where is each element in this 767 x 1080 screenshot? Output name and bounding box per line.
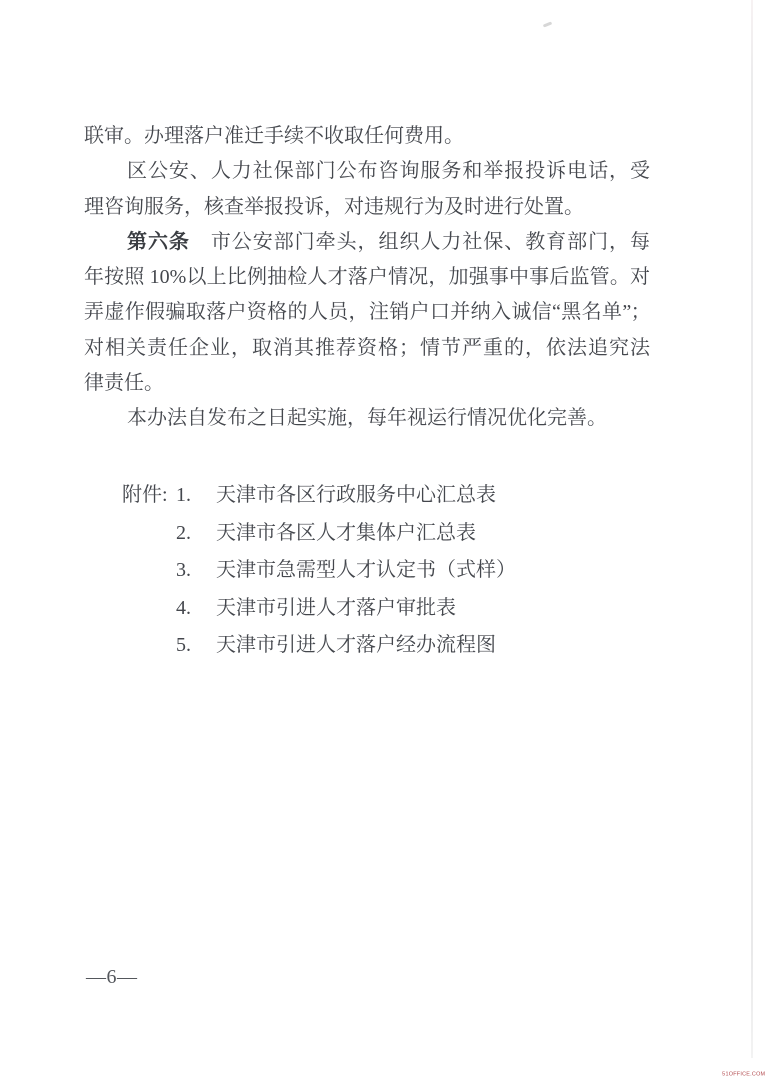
attachment-title: 天津市引进人才落户经办流程图: [216, 627, 496, 665]
body-line-text: 区公安、人力社保部门公布咨询服务和举报投诉电话，受: [127, 160, 650, 182]
body-line-text: 律责任。: [84, 372, 164, 394]
attachments-label: 附件:: [122, 477, 176, 515]
attachment-item: 2. 天津市各区人才集体户汇总表: [122, 515, 516, 553]
scan-speck-artifact: [543, 21, 552, 27]
body-line-text: 本办法自发布之日起实施，每年视运行情况优化完善。: [127, 407, 607, 429]
body-line-text: 理咨询服务，核查举报投诉，对违规行为及时进行处置。: [84, 196, 584, 218]
attachment-item: 附件: 1. 天津市各区行政服务中心汇总表: [122, 477, 516, 515]
body-line-text: 弄虚作假骗取落户资格的人员，注销户口并纳入诚信“黑名单”；: [84, 301, 650, 323]
attachments-label-spacer: [122, 515, 176, 553]
body-line: 理咨询服务，核查举报投诉，对违规行为及时进行处置。: [84, 190, 650, 225]
attachment-number: 5.: [176, 627, 216, 665]
clause-heading: 第六条: [127, 231, 190, 253]
attachment-title: 天津市急需型人才认定书（式样）: [216, 552, 516, 590]
body-line: 第六条 市公安部门牵头，组织人力社保、教育部门，每: [84, 225, 650, 260]
scanned-document-page: 联审。办理落户准迁手续不收取任何费用。 区公安、人力社保部门公布咨询服务和举报投…: [0, 0, 767, 1080]
attachments-label-spacer: [122, 590, 176, 628]
body-line: 联审。办理落户准迁手续不收取任何费用。: [84, 119, 650, 154]
attachment-title: 天津市引进人才落户审批表: [216, 590, 456, 628]
body-line-text: 联审。办理落户准迁手续不收取任何费用。: [84, 125, 464, 147]
page-number: —6—: [86, 966, 138, 989]
attachment-number: 3.: [176, 552, 216, 590]
attachment-number: 1.: [176, 477, 216, 515]
body-line: 本办法自发布之日起实施，每年视运行情况优化完善。: [84, 401, 650, 436]
body-line-text: 市公安部门牵头，组织人力社保、教育部门，每: [190, 231, 650, 253]
attachment-title: 天津市各区行政服务中心汇总表: [216, 477, 496, 515]
attachments-section: 附件: 1. 天津市各区行政服务中心汇总表 2. 天津市各区人才集体户汇总表 3…: [122, 477, 516, 665]
body-line-text: 年按照 10%以上比例抽检人才落户情况，加强事中事后监管。对: [84, 266, 650, 288]
attachments-label-spacer: [122, 552, 176, 590]
attachment-item: 4. 天津市引进人才落户审批表: [122, 590, 516, 628]
attachment-number: 2.: [176, 515, 216, 553]
attachment-item: 3. 天津市急需型人才认定书（式样）: [122, 552, 516, 590]
body-line: 弄虚作假骗取落户资格的人员，注销户口并纳入诚信“黑名单”；: [84, 295, 650, 330]
body-line-text: 对相关责任企业，取消其推荐资格；情节严重的，依法追究法: [84, 337, 650, 359]
body-line: 区公安、人力社保部门公布咨询服务和举报投诉电话，受: [84, 154, 650, 189]
site-watermark: 51OFFICE.COM: [722, 1072, 765, 1077]
body-line: 律责任。: [84, 366, 650, 401]
scan-edge-artifact: [751, 0, 753, 1058]
attachment-item: 5. 天津市引进人才落户经办流程图: [122, 627, 516, 665]
body-line: 年按照 10%以上比例抽检人才落户情况，加强事中事后监管。对: [84, 260, 650, 295]
attachment-number: 4.: [176, 590, 216, 628]
attachment-title: 天津市各区人才集体户汇总表: [216, 515, 476, 553]
attachments-label-spacer: [122, 627, 176, 665]
body-line: 对相关责任企业，取消其推荐资格；情节严重的，依法追究法: [84, 331, 650, 366]
document-body: 联审。办理落户准迁手续不收取任何费用。 区公安、人力社保部门公布咨询服务和举报投…: [84, 119, 650, 437]
